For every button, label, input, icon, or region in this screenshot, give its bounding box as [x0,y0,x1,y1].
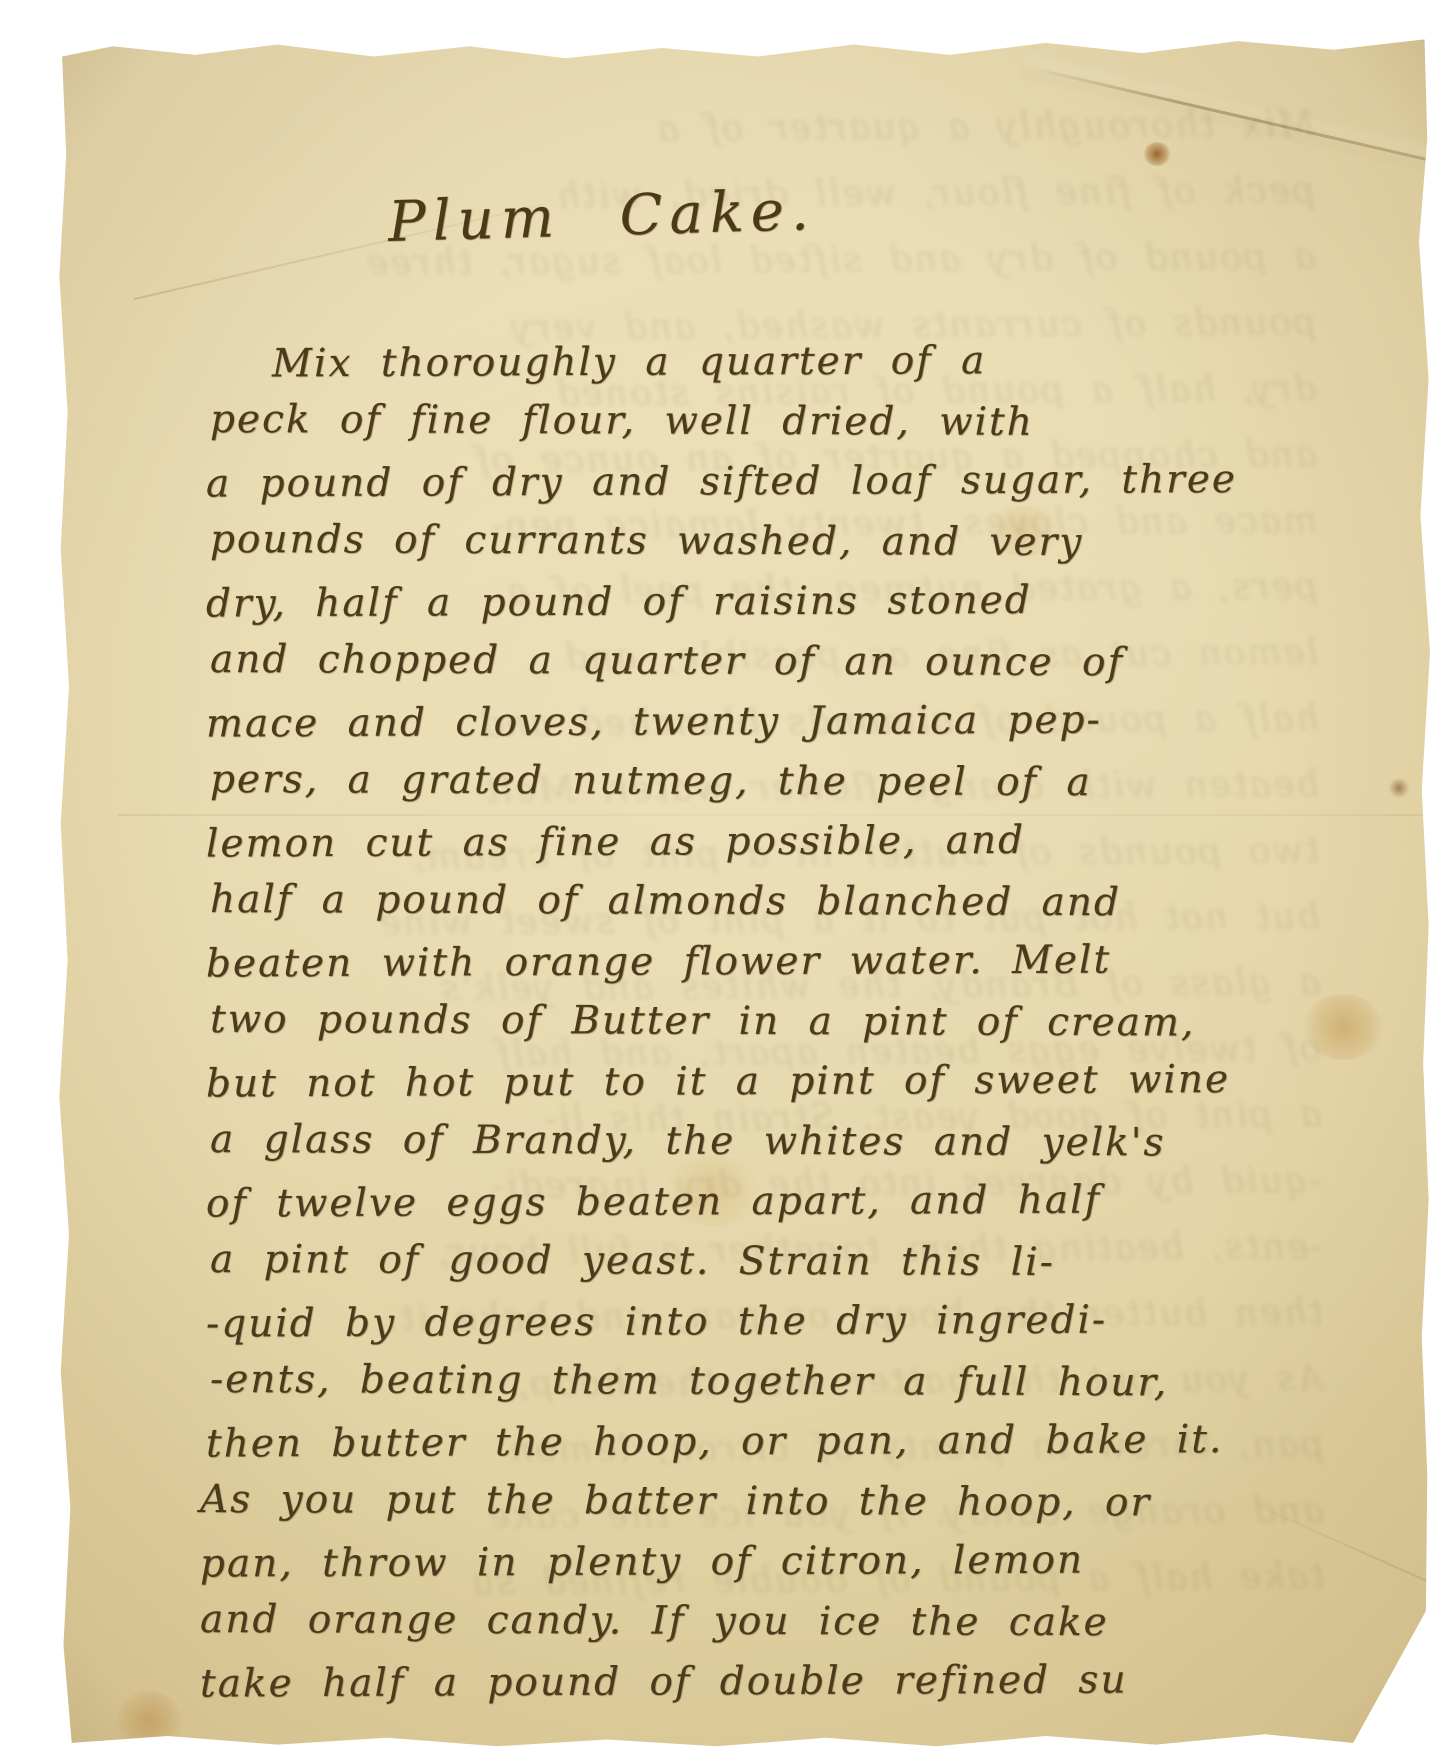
handwriting-line: pers, a grated nutmeg, the peel of a [210,750,1360,814]
handwriting-line: a pint of good yeast. Strain this li- [210,1230,1360,1294]
handwriting-line: -quid by degrees into the dry ingredi- [206,1289,1360,1354]
handwriting-line: but not hot put to it a pint of sweet wi… [206,1049,1360,1114]
handwriting-line: Mix thoroughly a quarter of a [272,330,1360,395]
handwriting-line: a glass of Brandy, the whites and yelk's [210,1110,1360,1174]
handwriting-line: then butter the hoop, or pan, and bake i… [206,1409,1360,1474]
handwriting-line: and chopped a quarter of an ounce of [210,630,1360,694]
handwriting-line: peck of fine flour, well dried, with [210,390,1360,454]
handwriting-line: As you put the batter into the hoop, or [200,1470,1360,1534]
handwriting-line: -ents, beating them together a full hour… [210,1350,1360,1414]
paper-sheet: Mix thoroughly a quarter of apeck of fin… [58,36,1430,1748]
recipe-body: Mix thoroughly a quarter of apeck of fin… [206,332,1360,1712]
handwriting-line: beaten with orange flower water. Melt [206,929,1360,994]
handwriting-line: and orange candy. If you ice the cake [200,1590,1360,1654]
handwriting-line: mace and cloves, twenty Jamaica pep- [206,689,1360,754]
handwriting-layer: Plum Cake. Mix thoroughly a quarter of a… [58,36,1430,1748]
photograph-background: Mix thoroughly a quarter of apeck of fin… [0,0,1445,1760]
handwriting-line: pan, throw in plenty of citron, lemon [200,1529,1360,1594]
handwriting-line: two pounds of Butter in a pint of cream, [210,990,1360,1054]
handwriting-line: of twelve eggs beaten apart, and half [206,1169,1360,1234]
handwriting-line: half a pound of almonds blanched and [210,870,1360,934]
handwriting-line: dry, half a pound of raisins stoned [206,569,1360,634]
handwriting-line: pounds of currants washed, and very [210,510,1360,574]
handwriting-line: lemon cut as fine as possible, and [206,809,1360,874]
handwriting-line: take half a pound of double refined su [200,1649,1360,1714]
handwriting-line: a pound of dry and sifted loaf sugar, th… [206,449,1360,514]
recipe-title: Plum Cake. [387,178,816,255]
